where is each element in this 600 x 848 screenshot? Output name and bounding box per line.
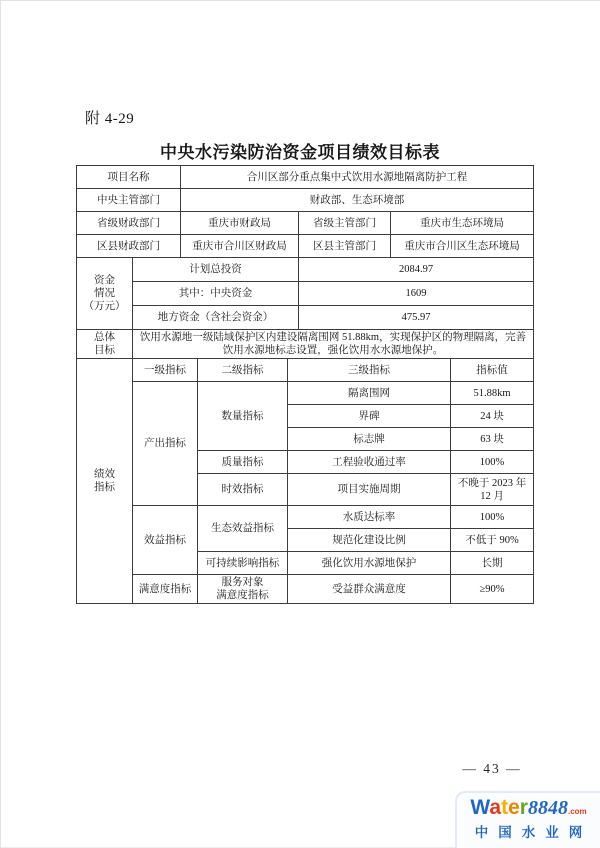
funding-central-label: 其中：中央资金	[133, 282, 299, 306]
central-dept-value: 财政部、生态环境部	[181, 189, 534, 212]
water8848-watermark: Water8848.com 中国水业网	[455, 791, 600, 848]
indicator-value: 100%	[451, 451, 534, 474]
page-number: — 43 —	[451, 761, 533, 777]
page-title: 中央水污染防治资金项目绩效目标表	[0, 138, 600, 163]
level1-output: 产出指标	[133, 382, 198, 506]
logo-letter: e	[508, 796, 520, 819]
project-name-value: 合川区部分重点集中式饮用水源地隔离防护工程	[181, 166, 534, 189]
funding-total-label: 计划总投资	[133, 258, 299, 282]
level1-benefit: 效益指标	[133, 506, 198, 575]
level2-sustain: 可持续影响指标	[198, 552, 288, 575]
county-dept-label: 区县主管部门	[299, 235, 391, 258]
table-row: 省级财政部门 重庆市财政局 省级主管部门 重庆市生态环境局	[77, 212, 534, 235]
document-page: { "doc": { "attachment_no": "附 4-29", "t…	[0, 0, 600, 848]
indicator-value: 不低于 90%	[451, 529, 534, 552]
level2-quality: 质量指标	[198, 451, 288, 474]
table-row: 总体 目标 饮用水源地一级陆域保护区内建设隔离围网 51.88km，实现保护区的…	[77, 330, 534, 359]
level2-time: 时效指标	[198, 474, 288, 506]
funding-total-value: 2084.97	[299, 258, 534, 282]
attachment-number: 附 4-29	[85, 107, 134, 128]
indicator-value: 51.88km	[451, 382, 534, 405]
provincial-dept-value: 重庆市生态环境局	[391, 212, 534, 235]
level2-quantity: 数量指标	[198, 382, 288, 451]
indicator-name: 界碑	[288, 405, 451, 428]
performance-section-label: 绩效 指标	[77, 359, 133, 604]
provincial-finance-label: 省级财政部门	[77, 212, 181, 235]
county-finance-label: 区县财政部门	[77, 235, 181, 258]
indicator-value: 不晚于 2023 年 12 月	[451, 474, 534, 506]
funding-section-label: 资金 情况 （万元）	[77, 258, 133, 330]
provincial-dept-label: 省级主管部门	[299, 212, 391, 235]
indicator-name: 隔离围网	[288, 382, 451, 405]
table-row: 满意度指标 服务对象 满意度指标 受益群众满意度 ≥90%	[77, 575, 534, 604]
logo-letter: a	[489, 796, 501, 819]
header-level2: 二级指标	[198, 359, 288, 382]
performance-target-table: 项目名称 合川区部分重点集中式饮用水源地隔离防护工程 中央主管部门 财政部、生态…	[76, 165, 534, 604]
project-name-label: 项目名称	[77, 166, 181, 189]
logo-number: 8848	[528, 797, 568, 819]
water8848-logo: Water8848.com	[457, 796, 600, 824]
table-row: 其中：中央资金 1609	[77, 282, 534, 306]
indicator-value: 63 块	[451, 428, 534, 451]
county-dept-value: 重庆市合川区生态环境局	[391, 235, 534, 258]
header-level1: 一级指标	[133, 359, 198, 382]
indicator-name: 强化饮用水源地保护	[288, 552, 451, 575]
indicator-name: 标志牌	[288, 428, 451, 451]
indicator-value: 长期	[451, 552, 534, 575]
table-row: 中央主管部门 财政部、生态环境部	[77, 189, 534, 212]
table-row: 区县财政部门 重庆市合川区财政局 区县主管部门 重庆市合川区生态环境局	[77, 235, 534, 258]
table-row: 产出指标 数量指标 隔离围网 51.88km	[77, 382, 534, 405]
indicator-name: 工程验收通过率	[288, 451, 451, 474]
indicator-value: 100%	[451, 506, 534, 529]
table-row: 资金 情况 （万元） 计划总投资 2084.97	[77, 258, 534, 282]
logo-letter: r	[520, 796, 528, 819]
indicator-value: 24 块	[451, 405, 534, 428]
level2-service: 服务对象 满意度指标	[198, 575, 288, 604]
funding-local-label: 地方资金（含社会资金）	[133, 306, 299, 330]
level2-eco: 生态效益指标	[198, 506, 288, 552]
indicator-name: 水质达标率	[288, 506, 451, 529]
header-value: 指标值	[451, 359, 534, 382]
table-row: 绩效 指标 一级指标 二级指标 三级指标 指标值	[77, 359, 534, 382]
logo-tld: .com	[568, 807, 587, 816]
indicator-name: 规范化建设比例	[288, 529, 451, 552]
overall-goal-text: 饮用水源地一级陆域保护区内建设隔离围网 51.88km，实现保护区的物理隔离，完…	[133, 330, 534, 359]
indicator-name: 受益群众满意度	[288, 575, 451, 604]
central-dept-label: 中央主管部门	[77, 189, 181, 212]
logo-cn-name: 中国水业网	[457, 824, 600, 841]
table-row: 效益指标 生态效益指标 水质达标率 100%	[77, 506, 534, 529]
table-row: 项目名称 合川区部分重点集中式饮用水源地隔离防护工程	[77, 166, 534, 189]
level1-satisfaction: 满意度指标	[133, 575, 198, 604]
funding-local-value: 475.97	[299, 306, 534, 330]
county-finance-value: 重庆市合川区财政局	[181, 235, 299, 258]
table-row: 地方资金（含社会资金） 475.97	[77, 306, 534, 330]
provincial-finance-value: 重庆市财政局	[181, 212, 299, 235]
indicator-value: ≥90%	[451, 575, 534, 604]
header-level3: 三级指标	[288, 359, 451, 382]
overall-goal-label: 总体 目标	[77, 330, 133, 359]
funding-central-value: 1609	[299, 282, 534, 306]
indicator-name: 项目实施周期	[288, 474, 451, 506]
logo-letter: W	[470, 796, 489, 819]
